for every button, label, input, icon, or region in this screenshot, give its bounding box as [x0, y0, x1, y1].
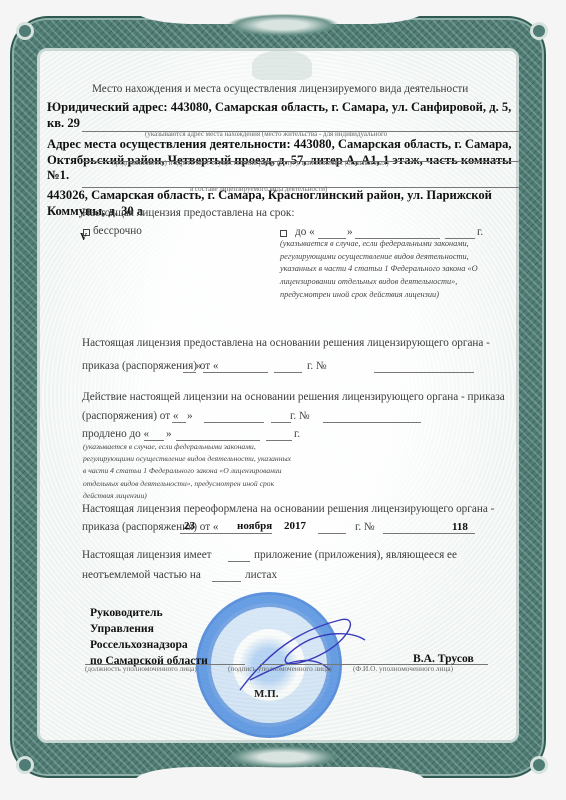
extension-basis-line2: (распоряжения) от «	[82, 410, 179, 422]
term-heading: Настоящая лицензия предоставлена на срок…	[82, 207, 294, 219]
signer-position-line3: Россельхознадзора	[90, 638, 188, 651]
legal-address-line1: Юридический адрес: 443080, Самарская обл…	[47, 100, 511, 115]
appendix-count-field[interactable]	[228, 561, 250, 562]
signer-position-line2: Управления	[90, 622, 154, 635]
term-until-mid: »	[347, 226, 353, 238]
signer-position-line1: Руководитель	[90, 606, 163, 619]
hint-name: (Ф.И.О. уполномоченного лица)	[353, 664, 453, 673]
grant-basis-mid: »	[196, 360, 202, 372]
grant-number-field[interactable]	[374, 372, 474, 373]
reissue-year: 2017	[284, 520, 306, 532]
term-unlimited-label: бессрочно	[93, 225, 142, 237]
grant-basis-line1: Настоящая лицензия предоставлена на осно…	[82, 337, 490, 349]
signature-icon	[230, 610, 370, 700]
appendix-line2-prefix: неотъемлемой частью на	[82, 569, 201, 581]
hint-location-2: предпринимателя) и адреса мест осуществл…	[112, 159, 389, 167]
location-heading: Место нахождения и места осуществления л…	[92, 83, 468, 95]
corner-swirl-icon	[16, 756, 34, 774]
reissue-year-field[interactable]	[318, 533, 346, 534]
legal-address-line2: кв. 29	[47, 116, 80, 131]
grant-day-field[interactable]	[183, 372, 196, 373]
bottom-ornament-icon	[228, 746, 338, 768]
appendix-line1-suffix: приложение (приложения), являющееся ее	[254, 549, 457, 561]
hint-signature: (подпись уполномоченного лица)	[228, 664, 332, 673]
reissue-year-suffix: г. №	[355, 521, 375, 533]
appendix-line1-prefix: Настоящая лицензия имеет	[82, 549, 212, 561]
top-ornament-icon	[228, 14, 338, 36]
reissue-day: 23	[184, 520, 195, 532]
grant-month-field[interactable]	[203, 372, 268, 373]
extension-month-field[interactable]	[204, 422, 264, 423]
corner-swirl-icon	[530, 756, 548, 774]
grant-basis-year: г. №	[307, 360, 327, 372]
extended-until-prefix: продлено до «	[82, 428, 149, 440]
stamp-label: М.П.	[254, 688, 278, 700]
extension-day-field[interactable]	[172, 422, 186, 423]
activity-address-line1: Адрес места осуществления деятельности: …	[47, 137, 512, 152]
crest-watermark-icon	[252, 50, 312, 80]
extension-basis-year: г. №	[290, 410, 310, 422]
reissue-date-field[interactable]	[180, 533, 272, 534]
reissue-line2-prefix: приказа (распоряжения) от «	[82, 521, 218, 533]
hint-position: (должность уполномоченного лица)	[85, 664, 197, 673]
appendix-line2-suffix: листах	[245, 569, 277, 581]
corner-swirl-icon	[530, 22, 548, 40]
reissue-month: ноября	[237, 520, 272, 532]
extension-hint: (указывается в случае, если федеральными…	[83, 441, 293, 502]
reissue-line1: Настоящая лицензия переоформлена на осно…	[82, 503, 494, 515]
appendix-pages-field[interactable]	[212, 581, 241, 582]
term-until-checkbox[interactable]	[280, 230, 287, 237]
corner-swirl-icon	[16, 22, 34, 40]
extension-basis-mid: »	[187, 410, 193, 422]
extension-year-field[interactable]	[271, 422, 291, 423]
extended-until-year: г.	[294, 428, 300, 440]
extension-number-field[interactable]	[323, 422, 421, 423]
extension-basis-line1: Действие настоящей лицензии на основании…	[82, 391, 505, 403]
term-until-year: г.	[477, 226, 483, 238]
term-hint: (указывается в случае, если федеральными…	[280, 238, 485, 302]
border-bottom-notch	[135, 767, 425, 781]
checkbox-checkmark: V	[80, 232, 87, 243]
second-address-line1: 443026, Самарская область, г. Самара, Кр…	[47, 188, 492, 203]
reissue-number: 118	[452, 521, 468, 533]
term-until-label: до «	[295, 226, 315, 238]
extended-until-mid: »	[166, 428, 172, 440]
grant-year-field[interactable]	[274, 372, 302, 373]
reissue-number-field[interactable]	[383, 533, 475, 534]
activity-address-line3: №1.	[47, 168, 69, 183]
